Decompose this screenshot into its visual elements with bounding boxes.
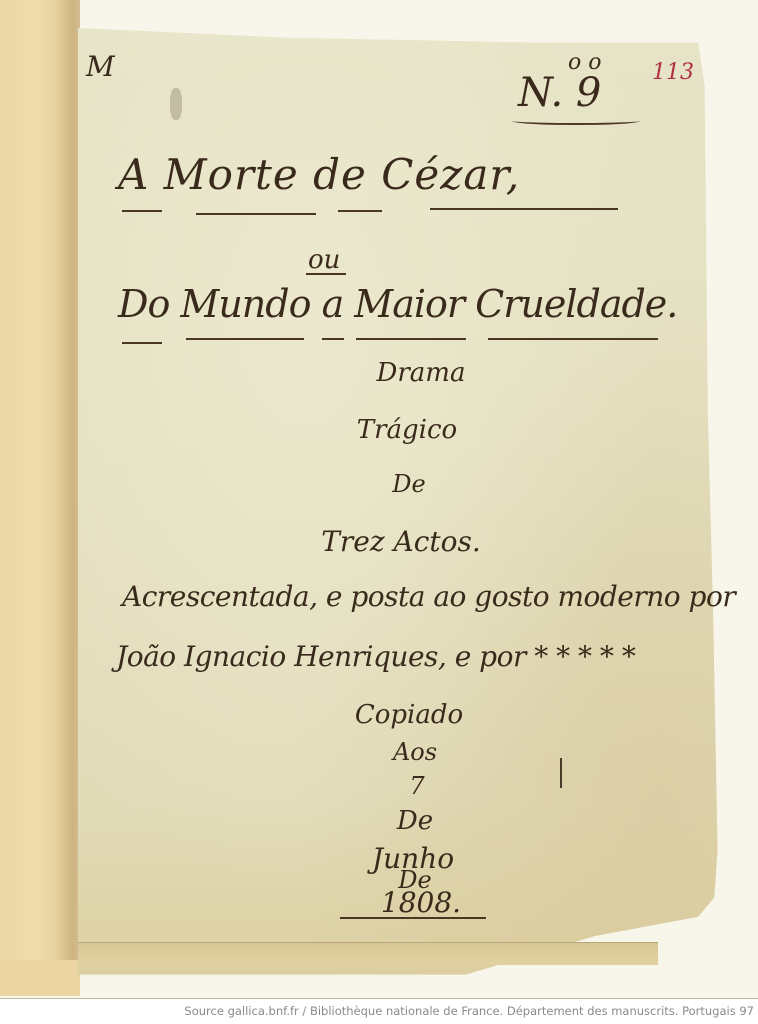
ou-underline: [306, 273, 346, 275]
title-underline: [196, 213, 316, 215]
title-line-1: A Morte de Cézar,: [118, 150, 520, 199]
genre-tragico: Trágico: [78, 415, 730, 445]
shelf-number-flourish: [512, 117, 640, 125]
acts-count: Trez Actos.: [78, 525, 724, 558]
genre-drama: Drama: [78, 358, 744, 388]
title-underline: [122, 342, 162, 344]
source-attribution: Source gallica.bnf.fr / Bibliothèque nat…: [184, 1004, 754, 1018]
connector-ou: ou: [308, 245, 340, 275]
date-de: De: [78, 806, 738, 836]
title-underline: [338, 210, 382, 212]
manuscript-viewer: M N. 9 o o 113 A Morte de Cézar, ou Do M…: [0, 0, 758, 1024]
ink-blot: [170, 88, 182, 120]
binding-bottom: [0, 960, 80, 996]
copied-label: Copiado: [78, 700, 732, 730]
title-underline: [186, 338, 304, 340]
source-footer: Source gallica.bnf.fr / Bibliothèque nat…: [0, 998, 758, 1024]
text-de: De: [78, 470, 732, 498]
date-aos: Aos: [78, 738, 738, 766]
author-line: João Ignacio Henriques, e por * * * * *: [116, 640, 635, 673]
adaptation-note: Acrescentada, e posta ao gosto moderno p…: [122, 580, 735, 613]
title-underline: [488, 338, 658, 340]
shelf-number: N. 9: [518, 70, 601, 116]
year-underline: [340, 917, 486, 919]
shelf-number-superscript: o o: [568, 50, 601, 75]
folio-number: 113: [652, 60, 694, 85]
title-underline: [356, 338, 466, 340]
title-line-2: Do Mundo a Maior Crueldade.: [118, 282, 677, 326]
title-underline: [322, 338, 344, 340]
folio-mark: M: [86, 50, 115, 83]
title-underline: [430, 208, 618, 210]
binding-shadow: [56, 0, 80, 996]
title-underline: [122, 210, 162, 212]
date-day: 7: [78, 772, 740, 800]
date-year: 1808.: [78, 886, 744, 919]
page-bottom-edge: [78, 942, 658, 965]
